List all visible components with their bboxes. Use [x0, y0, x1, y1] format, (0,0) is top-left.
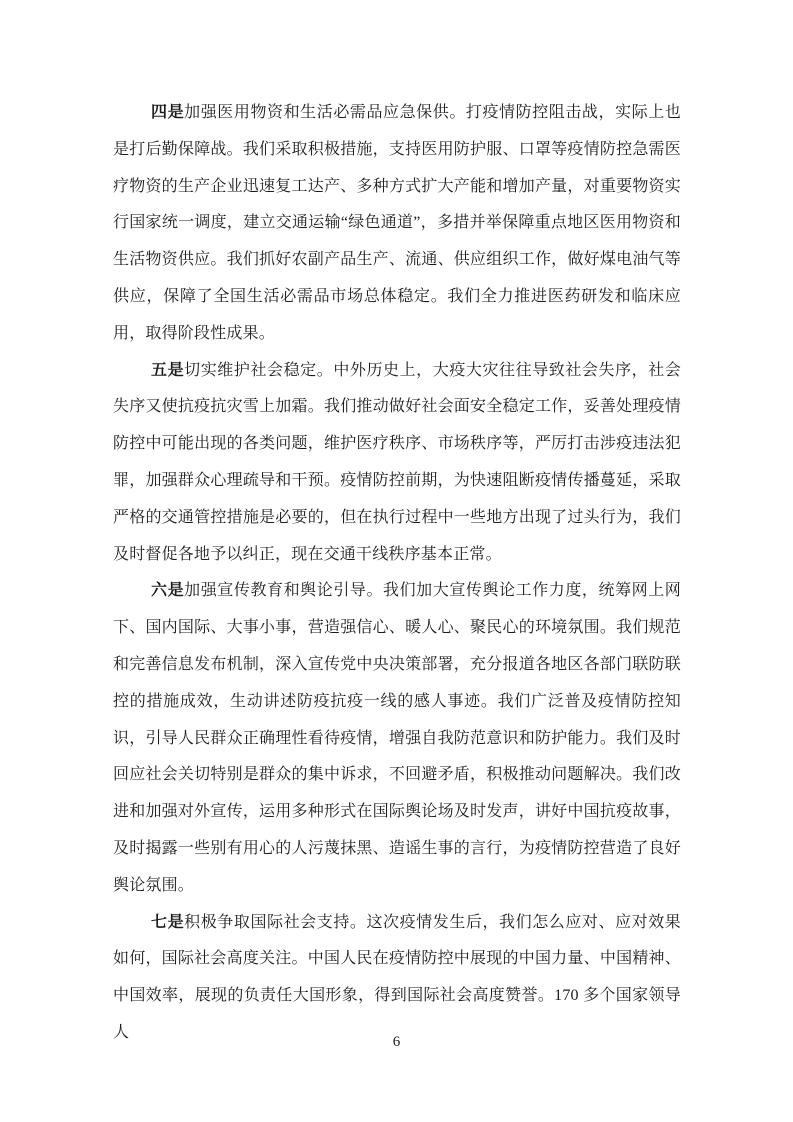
document-body: 四是加强医用物资和生活必需品应急保供。打疫情防控阻击战，实际上也是打后勤保障战。…	[113, 95, 681, 1052]
paragraph: 四是加强医用物资和生活必需品应急保供。打疫情防控阻击战，实际上也是打后勤保障战。…	[113, 95, 681, 353]
paragraph: 五是切实维护社会稳定。中外历史上，大疫大灾往往导致社会失序，社会失序又使抗疫抗灾…	[113, 353, 681, 574]
paragraph-lead: 五是	[151, 362, 184, 379]
page-footer: 6	[0, 1032, 793, 1052]
paragraph-text: 加强医用物资和生活必需品应急保供。打疫情防控阻击战，实际上也是打后勤保障战。我们…	[113, 104, 681, 342]
paragraph-lead: 四是	[151, 104, 184, 121]
paragraph: 七是积极争取国际社会支持。这次疫情发生后，我们怎么应对、应对效果如何，国际社会高…	[113, 905, 681, 1052]
paragraph-text: 积极争取国际社会支持。这次疫情发生后，我们怎么应对、应对效果如何，国际社会高度关…	[113, 914, 681, 1041]
document-page: 四是加强医用物资和生活必需品应急保供。打疫情防控阻击战，实际上也是打后勤保障战。…	[0, 0, 793, 1122]
paragraph: 六是加强宣传教育和舆论引导。我们加大宣传舆论工作力度，统筹网上网下、国内国际、大…	[113, 573, 681, 904]
paragraph-lead: 七是	[151, 914, 184, 931]
paragraph-lead: 六是	[151, 582, 184, 599]
paragraph-text: 切实维护社会稳定。中外历史上，大疫大灾往往导致社会失序，社会失序又使抗疫抗灾雪上…	[113, 362, 681, 563]
page-number: 6	[393, 1034, 401, 1050]
paragraph-text: 加强宣传教育和舆论引导。我们加大宣传舆论工作力度，统筹网上网下、国内国际、大事小…	[113, 582, 681, 893]
